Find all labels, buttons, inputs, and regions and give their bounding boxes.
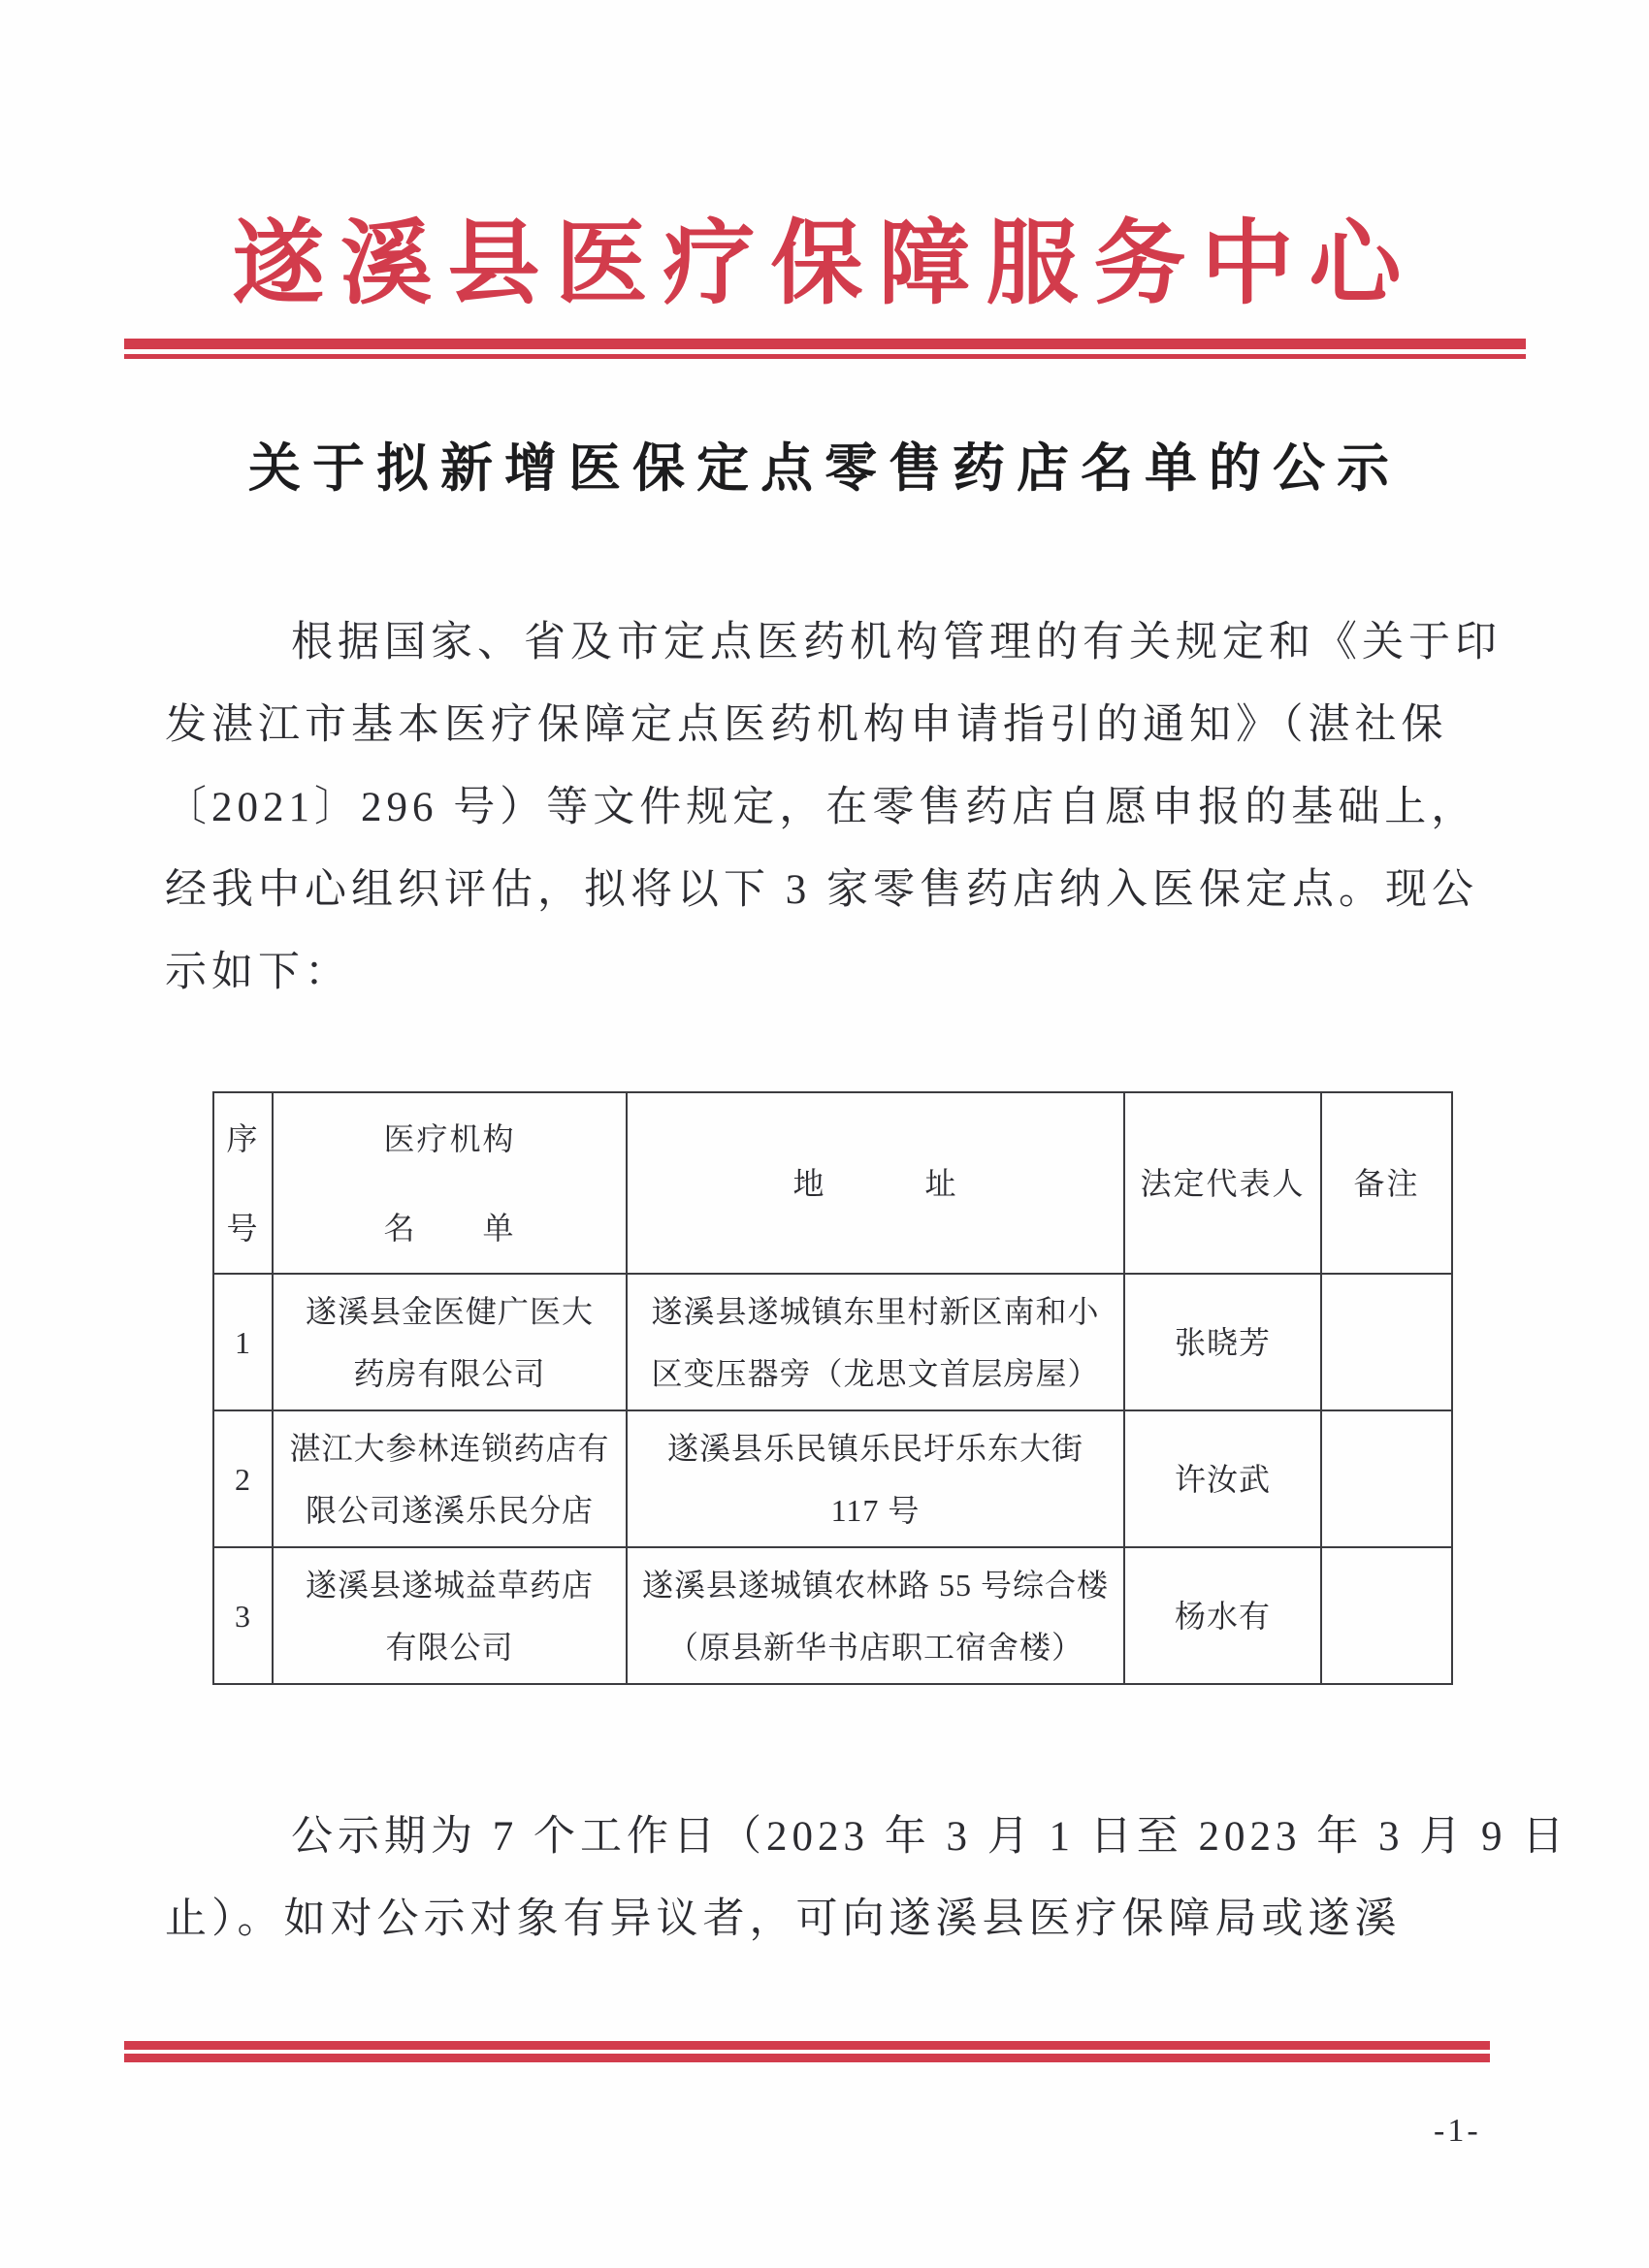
cell-institution-name: 湛江大参林连锁药店有 限公司遂溪乐民分店 xyxy=(273,1410,627,1547)
rule-thick-bar xyxy=(124,2041,1490,2050)
cell-address: 遂溪县乐民镇乐民圩乐东大街 117 号 xyxy=(627,1410,1124,1547)
header-remark: 备注 xyxy=(1321,1092,1452,1274)
rule-thick-bar xyxy=(124,2054,1490,2062)
cell-seq: 3 xyxy=(213,1547,273,1684)
cell-seq: 2 xyxy=(213,1410,273,1547)
document-page: 遂溪县医疗保障服务中心 关于拟新增医保定点零售药店名单的公示 根据国家、省及市定… xyxy=(0,0,1649,2268)
paragraph-line: 示如下： xyxy=(165,931,1496,1014)
cell-address: 遂溪县遂城镇农林路 55 号综合楼 （原县新华书店职工宿舍楼） xyxy=(627,1547,1124,1684)
cell-remark xyxy=(1321,1274,1452,1410)
table-row: 1 遂溪县金医健广医大 药房有限公司 遂溪县遂城镇东里村新区南和小 区变压器旁（… xyxy=(213,1274,1452,1410)
cell-institution-name: 遂溪县遂城益草药店 有限公司 xyxy=(273,1547,627,1684)
header-address: 地 址 xyxy=(627,1092,1124,1274)
footer-divider-rule xyxy=(124,2041,1490,2062)
org-header-title: 遂溪县医疗保障服务中心 xyxy=(0,190,1649,322)
paragraph-line: 公示期为 7 个工作日（2023 年 3 月 1 日至 2023 年 3 月 9… xyxy=(165,1796,1496,1878)
table-row: 3 遂溪县遂城益草药店 有限公司 遂溪县遂城镇农林路 55 号综合楼 （原县新华… xyxy=(213,1547,1452,1684)
intro-paragraph: 根据国家、省及市定点医药机构管理的有关规定和《关于印 发湛江市基本医疗保障定点医… xyxy=(165,601,1496,1014)
header-institution-name: 医疗机构 名 单 xyxy=(273,1092,627,1274)
paragraph-line: 〔2021〕296 号）等文件规定，在零售药店自愿申报的基础上， xyxy=(165,766,1496,849)
notice-title: 关于拟新增医保定点零售药店名单的公示 xyxy=(0,427,1649,502)
cell-legal-representative: 张晓芳 xyxy=(1124,1274,1321,1410)
paragraph-line: 根据国家、省及市定点医药机构管理的有关规定和《关于印 xyxy=(165,601,1496,684)
table-row: 2 湛江大参林连锁药店有 限公司遂溪乐民分店 遂溪县乐民镇乐民圩乐东大街 117… xyxy=(213,1410,1452,1547)
header-divider-rule xyxy=(124,339,1526,359)
paragraph-line: 发湛江市基本医疗保障定点医药机构申请指引的通知》（湛社保 xyxy=(165,684,1496,766)
cell-legal-representative: 杨水有 xyxy=(1124,1547,1321,1684)
cell-institution-name: 遂溪县金医健广医大 药房有限公司 xyxy=(273,1274,627,1410)
paragraph-line: 止）。如对公示对象有异议者，可向遂溪县医疗保障局或遂溪 xyxy=(165,1878,1496,1960)
cell-address: 遂溪县遂城镇东里村新区南和小 区变压器旁（龙思文首层房屋） xyxy=(627,1274,1124,1410)
header-seq: 序 号 xyxy=(213,1092,273,1274)
header-legal-representative: 法定代表人 xyxy=(1124,1092,1321,1274)
table-header-row: 序 号 医疗机构 名 单 地 址 法定代表人 备注 xyxy=(213,1092,1452,1274)
closing-paragraph: 公示期为 7 个工作日（2023 年 3 月 1 日至 2023 年 3 月 9… xyxy=(165,1796,1496,1960)
cell-legal-representative: 许汝武 xyxy=(1124,1410,1321,1547)
pharmacy-roster-table: 序 号 医疗机构 名 单 地 址 法定代表人 备注 1 遂溪县金医健广医大 药房… xyxy=(212,1091,1453,1685)
cell-remark xyxy=(1321,1547,1452,1684)
cell-seq: 1 xyxy=(213,1274,273,1410)
rule-thin-bar xyxy=(124,354,1526,359)
cell-remark xyxy=(1321,1410,1452,1547)
paragraph-line: 经我中心组织评估，拟将以下 3 家零售药店纳入医保定点。现公 xyxy=(165,849,1496,931)
rule-thick-bar xyxy=(124,339,1526,349)
page-number: -1- xyxy=(1434,2113,1481,2150)
